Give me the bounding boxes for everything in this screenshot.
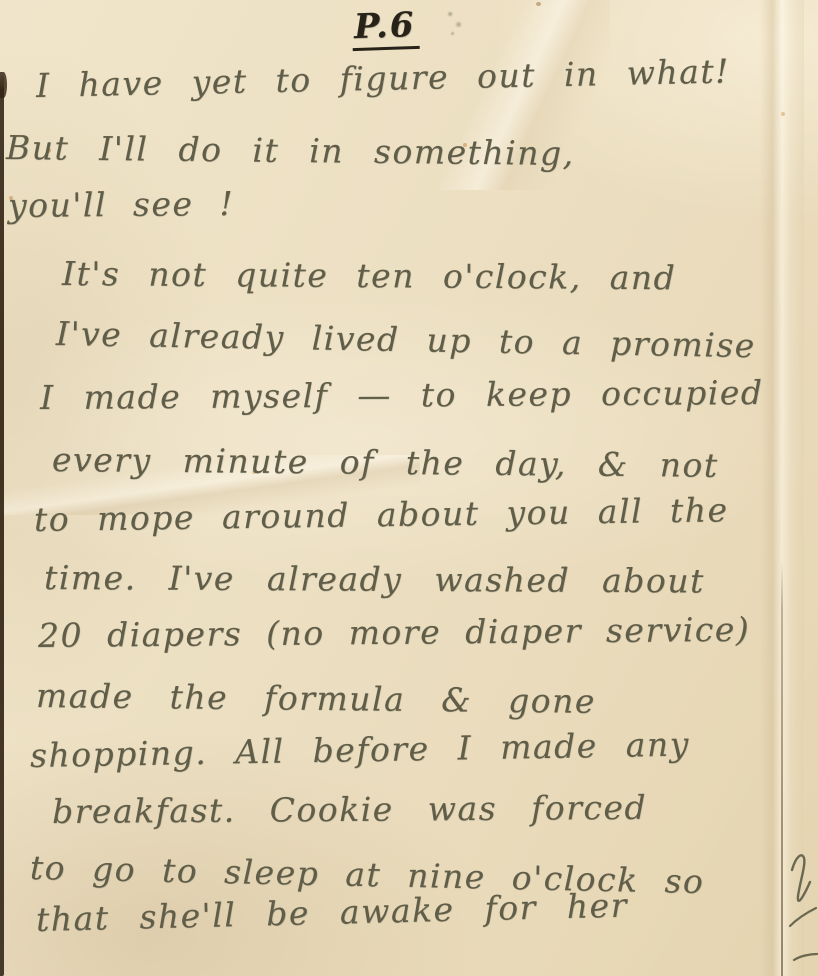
handwritten-line: But I'll do it in something, <box>6 128 575 173</box>
scan-left-edge-shadow <box>0 72 4 976</box>
vertical-fold-crease-line <box>781 560 783 976</box>
handwritten-line: shopping. All before I made any <box>30 724 690 775</box>
scan-left-edge-blotch <box>0 72 7 98</box>
handwritten-line: I made myself — to keep occupied <box>40 373 764 417</box>
handwritten-line: you'll see ! <box>8 184 235 225</box>
page-number: P.6 <box>351 5 420 51</box>
letter-page: P.6 I have yet to figure out in what! Bu… <box>0 0 818 976</box>
foxing-speck <box>781 112 785 116</box>
foxing-speck <box>536 2 541 6</box>
handwritten-line: that she'll be awake for her <box>36 886 629 939</box>
handwritten-line: made the formula & gone <box>36 676 596 721</box>
handwritten-line: It's not quite ten o'clock, and <box>62 254 677 297</box>
handwritten-line: I have yet to figure out in what! <box>36 51 731 105</box>
handwritten-line: I've already lived up to a promise <box>56 314 756 365</box>
handwritten-line: every minute of the day, & not <box>52 440 719 485</box>
handwritten-line: 20 diapers (no more diaper service) <box>38 610 751 655</box>
handwritten-line: breakfast. Cookie was forced <box>52 788 647 831</box>
handwritten-line: to mope around about you all the <box>34 490 729 539</box>
handwritten-line: time. I've already washed about <box>44 558 705 600</box>
adjacent-page-ink-marks <box>788 848 818 976</box>
ink-smudge <box>443 8 467 38</box>
